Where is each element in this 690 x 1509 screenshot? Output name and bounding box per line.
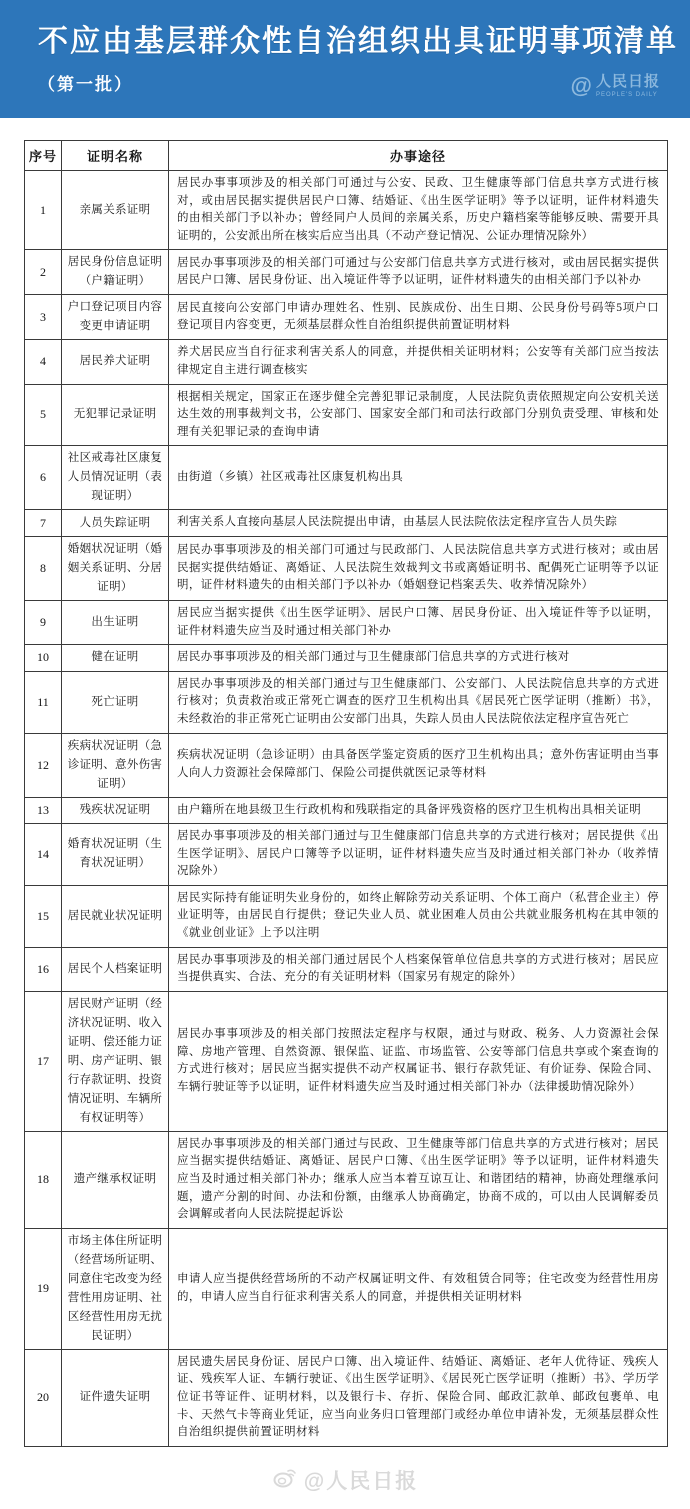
certificate-name: 无犯罪记录证明 (62, 384, 169, 446)
handling-path: 疾病状况证明（急诊证明）由具备医学鉴定资质的医疗卫生机构出具；意外伤害证明由当事… (169, 733, 668, 797)
handling-path: 居民办事事项涉及的相关部门可通过与民政部门、人民法院信息共享方式进行核对；或由居… (169, 536, 668, 600)
banner: 不应由基层群众性自治组织出具证明事项清单 （第一批） @ 人民日报 PEOPLE… (0, 0, 690, 118)
row-number: 13 (25, 797, 62, 824)
certificate-name: 遗产继承权证明 (62, 1131, 169, 1228)
logo-text-en: PEOPLE'S DAILY (596, 92, 660, 98)
certificate-name: 婚育状况证明（生育状况证明） (62, 824, 169, 886)
handling-path: 居民办事事项涉及的相关部门按照法定程序与权限，通过与财政、税务、人力资源社会保障… (169, 991, 668, 1131)
handling-path: 居民办事事项涉及的相关部门通过与卫生健康部门信息共享的方式进行核对 (169, 645, 668, 672)
peoples-daily-logo: @ 人民日报 PEOPLE'S DAILY (571, 74, 660, 98)
certificate-name: 证件遗失证明 (62, 1349, 169, 1446)
table-row: 12疾病状况证明（急诊证明、意外伤害证明）疾病状况证明（急诊证明）由具备医学鉴定… (25, 733, 668, 797)
row-number: 15 (25, 885, 62, 947)
handling-path: 利害关系人直接向基层人民法院提出申请，由基层人民法院依法定程序宣告人员失踪 (169, 510, 668, 537)
certificate-name: 市场主体住所证明（经营场所证明、同意住宅改变为经营性用房证明、社区经营性用房无扰… (62, 1228, 169, 1349)
table-row: 10健在证明居民办事事项涉及的相关部门通过与卫生健康部门信息共享的方式进行核对 (25, 645, 668, 672)
table-row: 7人员失踪证明利害关系人直接向基层人民法院提出申请，由基层人民法院依法定程序宣告… (25, 510, 668, 537)
table-row: 4居民养犬证明养犬居民应当自行征求利害关系人的同意，并提供相关证明材料；公安等有… (25, 340, 668, 384)
page-title: 不应由基层群众性自治组织出具证明事项清单 (38, 22, 652, 62)
certificate-name: 居民养犬证明 (62, 340, 169, 384)
row-number: 10 (25, 645, 62, 672)
row-number: 14 (25, 824, 62, 886)
table-row: 3户口登记项目内容变更申请证明居民直接向公安部门申请办理姓名、性别、民族成份、出… (25, 295, 668, 340)
certificate-name: 死亡证明 (62, 671, 169, 733)
handling-path: 居民办事事项涉及的相关部门通过与民政、卫生健康等部门信息共享的方式进行核对；居民… (169, 1131, 668, 1228)
handling-path: 申请人应当提供经营场所的不动产权属证明文件、有效租赁合同等；住宅改变为经营性用房… (169, 1228, 668, 1349)
row-number: 17 (25, 991, 62, 1131)
at-sign-icon: @ (571, 75, 592, 97)
handling-path: 根据相关规定，国家正在逐步健全完善犯罪记录制度，人民法院负责依照规定向公安机关送… (169, 384, 668, 446)
certificate-name: 亲属关系证明 (62, 171, 169, 250)
certificate-name: 人员失踪证明 (62, 510, 169, 537)
column-header-number: 序号 (25, 141, 62, 171)
certificate-name: 居民个人档案证明 (62, 947, 169, 991)
row-number: 19 (25, 1228, 62, 1349)
row-number: 1 (25, 171, 62, 250)
table-row: 16居民个人档案证明居民办事事项涉及的相关部门通过居民个人档案保管单位信息共享的… (25, 947, 668, 991)
weibo-icon (272, 1465, 298, 1494)
handling-path: 居民直接向公安部门申请办理姓名、性别、民族成份、出生日期、公民身份号码等5项户口… (169, 295, 668, 340)
certificate-name: 出生证明 (62, 600, 169, 644)
page-subtitle: （第一批） (38, 70, 652, 95)
table-row: 5无犯罪记录证明根据相关规定，国家正在逐步健全完善犯罪记录制度，人民法院负责依照… (25, 384, 668, 446)
handling-path: 养犬居民应当自行征求利害关系人的同意，并提供相关证明材料；公安等有关部门应当按法… (169, 340, 668, 384)
certificate-name: 婚姻状况证明（婚姻关系证明、分居证明） (62, 536, 169, 600)
handling-path: 居民遗失居民身份证、居民户口簿、出入境证件、结婚证、离婚证、老年人优待证、残疾人… (169, 1349, 668, 1446)
handling-path: 居民办事事项涉及的相关部门可通过与公安、民政、卫生健康等部门信息共享方式进行核对… (169, 171, 668, 250)
table-header-row: 序号 证明名称 办事途径 (25, 141, 668, 171)
table-row: 13残疾状况证明由户籍所在地县级卫生行政机构和残联指定的具备评残资格的医疗卫生机… (25, 797, 668, 824)
handling-path: 居民办事事项涉及的相关部门通过居民个人档案保管单位信息共享的方式进行核对；居民应… (169, 947, 668, 991)
handling-path: 居民实际持有能证明失业身份的，如终止解除劳动关系证明、个体工商户（私营企业主）停… (169, 885, 668, 947)
row-number: 8 (25, 536, 62, 600)
table-row: 14婚育状况证明（生育状况证明）居民办事事项涉及的相关部门通过与卫生健康部门信息… (25, 824, 668, 886)
row-number: 11 (25, 671, 62, 733)
row-number: 7 (25, 510, 62, 537)
row-number: 9 (25, 600, 62, 644)
certificate-name: 社区戒毒社区康复人员情况证明（表现证明） (62, 446, 169, 510)
row-number: 16 (25, 947, 62, 991)
certificate-list-table-wrap: 序号 证明名称 办事途径 1亲属关系证明居民办事事项涉及的相关部门可通过与公安、… (0, 118, 690, 1447)
handling-path: 居民应当据实提供《出生医学证明》、居民户口簿、居民身份证、出入境证件等予以证明，… (169, 600, 668, 644)
column-header-handling-path: 办事途径 (169, 141, 668, 171)
row-number: 4 (25, 340, 62, 384)
watermark-text: @人民日报 (304, 1465, 418, 1495)
handling-path: 居民办事事项涉及的相关部门通过与卫生健康部门、公安部门、人民法院信息共享的方式进… (169, 671, 668, 733)
certificate-name: 残疾状况证明 (62, 797, 169, 824)
row-number: 12 (25, 733, 62, 797)
certificate-name: 居民身份信息证明（户籍证明） (62, 250, 169, 295)
certificate-list-table: 序号 证明名称 办事途径 1亲属关系证明居民办事事项涉及的相关部门可通过与公安、… (24, 140, 668, 1447)
table-row: 15居民就业状况证明居民实际持有能证明失业身份的，如终止解除劳动关系证明、个体工… (25, 885, 668, 947)
footer-watermark: @人民日报 (0, 1465, 690, 1509)
table-row: 17居民财产证明（经济状况证明、收入证明、偿还能力证明、房产证明、银行存款证明、… (25, 991, 668, 1131)
table-row: 8婚姻状况证明（婚姻关系证明、分居证明）居民办事事项涉及的相关部门可通过与民政部… (25, 536, 668, 600)
table-row: 19市场主体住所证明（经营场所证明、同意住宅改变为经营性用房证明、社区经营性用房… (25, 1228, 668, 1349)
handling-path: 居民办事事项涉及的相关部门通过与卫生健康部门信息共享的方式进行核对；居民提供《出… (169, 824, 668, 886)
row-number: 2 (25, 250, 62, 295)
certificate-name: 居民就业状况证明 (62, 885, 169, 947)
certificate-name: 疾病状况证明（急诊证明、意外伤害证明） (62, 733, 169, 797)
certificate-name: 户口登记项目内容变更申请证明 (62, 295, 169, 340)
table-row: 2居民身份信息证明（户籍证明）居民办事事项涉及的相关部门可通过与公安部门信息共享… (25, 250, 668, 295)
table-row: 18遗产继承权证明居民办事事项涉及的相关部门通过与民政、卫生健康等部门信息共享的… (25, 1131, 668, 1228)
certificate-name: 居民财产证明（经济状况证明、收入证明、偿还能力证明、房产证明、银行存款证明、投资… (62, 991, 169, 1131)
row-number: 5 (25, 384, 62, 446)
table-row: 11死亡证明居民办事事项涉及的相关部门通过与卫生健康部门、公安部门、人民法院信息… (25, 671, 668, 733)
row-number: 6 (25, 446, 62, 510)
row-number: 18 (25, 1131, 62, 1228)
row-number: 20 (25, 1349, 62, 1446)
table-row: 6社区戒毒社区康复人员情况证明（表现证明）由街道（乡镇）社区戒毒社区康复机构出具 (25, 446, 668, 510)
logo-text-cn: 人民日报 (596, 74, 660, 89)
table-row: 9出生证明居民应当据实提供《出生医学证明》、居民户口簿、居民身份证、出入境证件等… (25, 600, 668, 644)
handling-path: 由户籍所在地县级卫生行政机构和残联指定的具备评残资格的医疗卫生机构出具相关证明 (169, 797, 668, 824)
row-number: 3 (25, 295, 62, 340)
handling-path: 居民办事事项涉及的相关部门可通过与公安部门信息共享方式进行核对，或由居民据实提供… (169, 250, 668, 295)
table-row: 20证件遗失证明居民遗失居民身份证、居民户口簿、出入境证件、结婚证、离婚证、老年… (25, 1349, 668, 1446)
column-header-certificate-name: 证明名称 (62, 141, 169, 171)
certificate-name: 健在证明 (62, 645, 169, 672)
handling-path: 由街道（乡镇）社区戒毒社区康复机构出具 (169, 446, 668, 510)
table-row: 1亲属关系证明居民办事事项涉及的相关部门可通过与公安、民政、卫生健康等部门信息共… (25, 171, 668, 250)
